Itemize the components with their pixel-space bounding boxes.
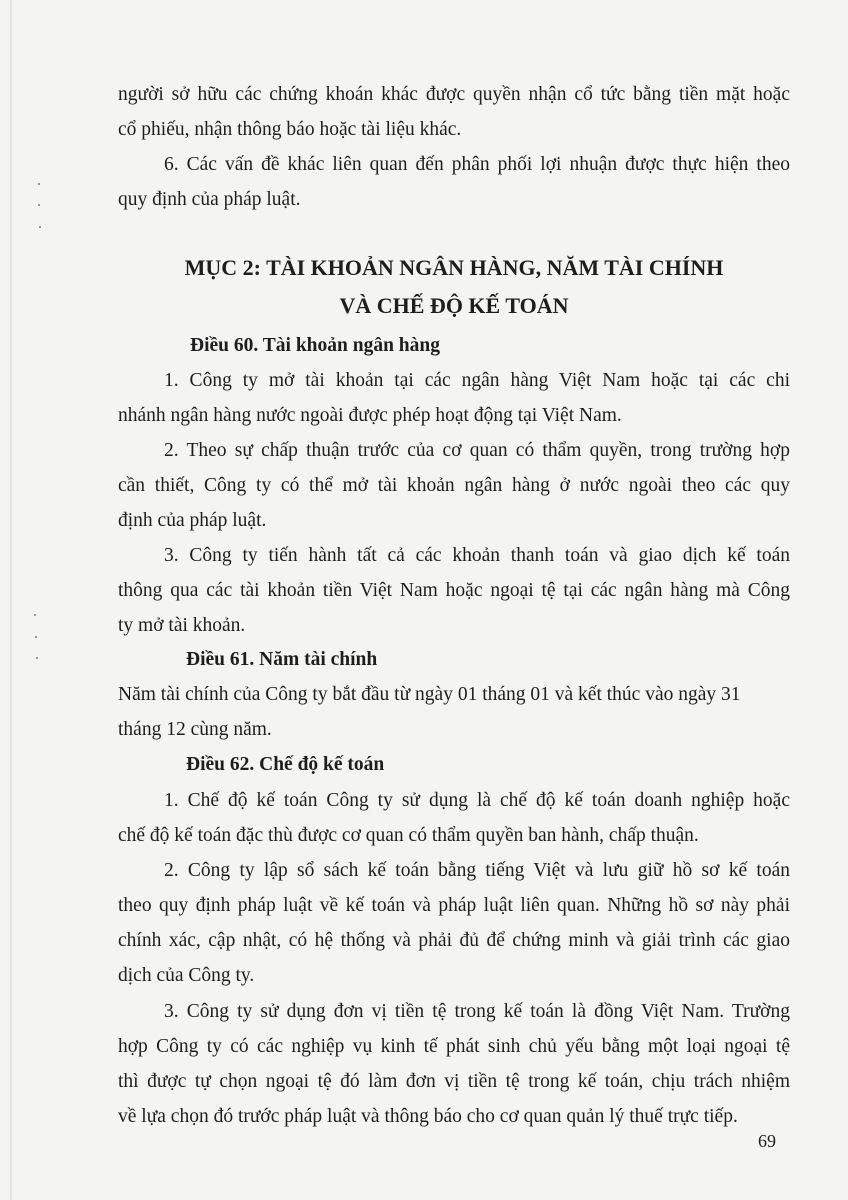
paragraph-line: cổ phiếu, nhận thông báo hoặc tài liệu k… [118,118,790,142]
list-item-1: 1. Công ty mở tài khoản tại các ngân hàn… [118,369,790,393]
paragraph-line: tháng 12 cùng năm. [118,718,790,742]
section-heading: MỤC 2: TÀI KHOẢN NGÂN HÀNG, NĂM TÀI CHÍN… [118,254,790,282]
article-62-title: Điều 62. Chế độ kế toán [186,753,384,777]
list-item-3: 3. Công ty sử dụng đơn vị tiền tệ trong … [118,1000,790,1024]
list-item-2: 2. Theo sự chấp thuận trước của cơ quan … [118,439,790,463]
scan-speck [35,636,37,638]
list-item-1: 1. Chế độ kế toán Công ty sử dụng là chế… [118,789,790,813]
scan-speck [34,614,36,616]
paragraph-line: cần thiết, Công ty có thể mở tài khoản n… [118,474,790,498]
scan-speck [36,657,38,659]
paragraph-line: quy định của pháp luật. [118,188,790,212]
paragraph-line: thì được tự chọn ngoại tệ đó làm đơn vị … [118,1070,790,1094]
paragraph-line: chính xác, cập nhật, có hệ thống và phải… [118,929,790,953]
paragraph-line: thông qua các tài khoản tiền Việt Nam ho… [118,579,790,603]
scan-speck [38,183,40,185]
paragraph-line: ty mở tài khoản. [118,614,790,638]
scan-speck [39,226,41,228]
list-item-2: 2. Công ty lập sổ sách kế toán bằng tiến… [118,859,790,883]
paragraph-line: Năm tài chính của Công ty bắt đầu từ ngà… [118,683,790,707]
paragraph-line: chế độ kế toán đặc thù được cơ quan có t… [118,824,790,848]
paragraph-line: hợp Công ty có các nghiệp vụ kinh tế phá… [118,1035,790,1059]
scan-speck [38,204,40,206]
list-item-3: 3. Công ty tiến hành tất cả các khoản th… [118,544,790,568]
article-60-title: Điều 60. Tài khoản ngân hàng [190,334,440,358]
scan-edge-line [10,0,12,1200]
paragraph-line: dịch của Công ty. [118,964,790,988]
article-61-title: Điều 61. Năm tài chính [186,648,377,672]
paragraph-line: người sở hữu các chứng khoán khác được q… [118,83,790,107]
section-heading: VÀ CHẾ ĐỘ KẾ TOÁN [118,292,790,320]
paragraph-line: định của pháp luật. [118,509,790,533]
list-item-6: 6. Các vấn đề khác liên quan đến phân ph… [118,153,790,177]
paragraph-line: theo quy định pháp luật về kế toán và ph… [118,894,790,918]
paragraph-line: nhánh ngân hàng nước ngoài được phép hoạ… [118,404,790,428]
page-number: 69 [758,1130,776,1152]
paragraph-line: về lựa chọn đó trước pháp luật và thông … [118,1105,790,1129]
